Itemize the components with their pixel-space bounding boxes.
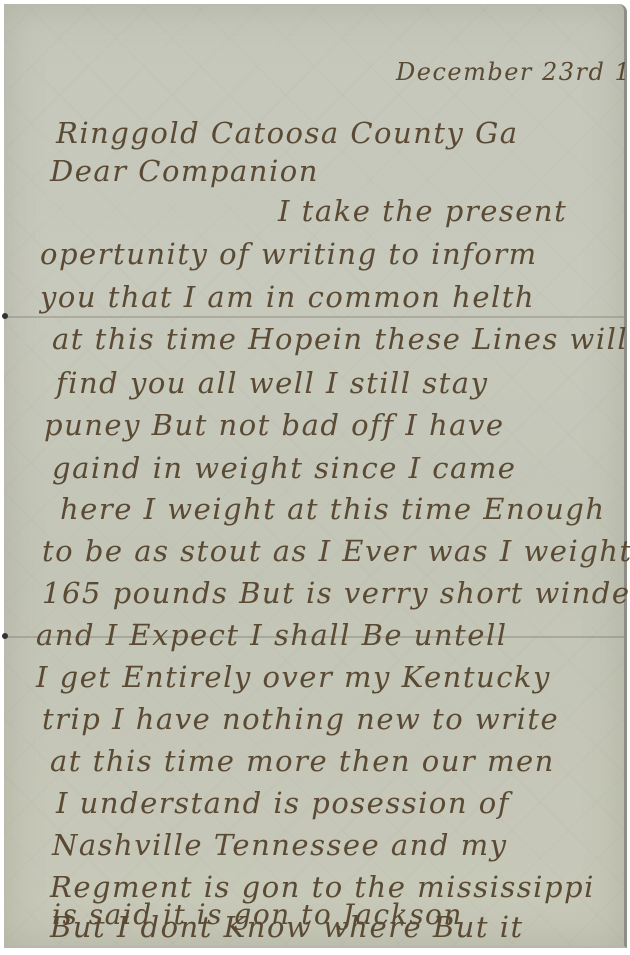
letter-line: 165 pounds But is verry short winded (42, 576, 630, 610)
letter-date: December 23rd 1862 (396, 58, 630, 86)
letter-line: I take the present (278, 194, 567, 228)
letter-line: Nashville Tennessee and my (52, 828, 508, 862)
letter-line: trip I have nothing new to write (42, 702, 559, 736)
fold-crease-upper (4, 316, 624, 318)
letter-line: find you all well I still stay (56, 366, 488, 400)
letter-line: here I weight at this time Enough (60, 492, 606, 526)
letter-place: Ringgold Catoosa County Ga (56, 116, 519, 150)
fold-pin-mark (2, 313, 8, 319)
letter-line: at this time Hopein these Lines will (52, 322, 628, 356)
letter-line: to be as stout as I Ever was I weight (42, 534, 630, 568)
letter-line: opertunity of writing to inform (40, 237, 538, 271)
letter-line: I understand is posession of (56, 786, 510, 820)
fold-pin-mark (2, 633, 8, 639)
letter-salutation: Dear Companion (50, 154, 319, 188)
letter-line: gaind in weight since I came (52, 451, 516, 485)
letter-line: you that I am in common helth (40, 280, 535, 314)
letter-line: and I Expect I shall Be untell (36, 618, 508, 652)
letter-line: puney But not bad off I have (44, 408, 505, 442)
letter-line: I get Entirely over my Kentucky (36, 660, 551, 694)
letter-line: is said it is gon to Jackson (52, 898, 463, 931)
letter-line: at this time more then our men (50, 744, 555, 778)
letter-page: December 23rd 1862 Ringgold Catoosa Coun… (4, 4, 627, 948)
